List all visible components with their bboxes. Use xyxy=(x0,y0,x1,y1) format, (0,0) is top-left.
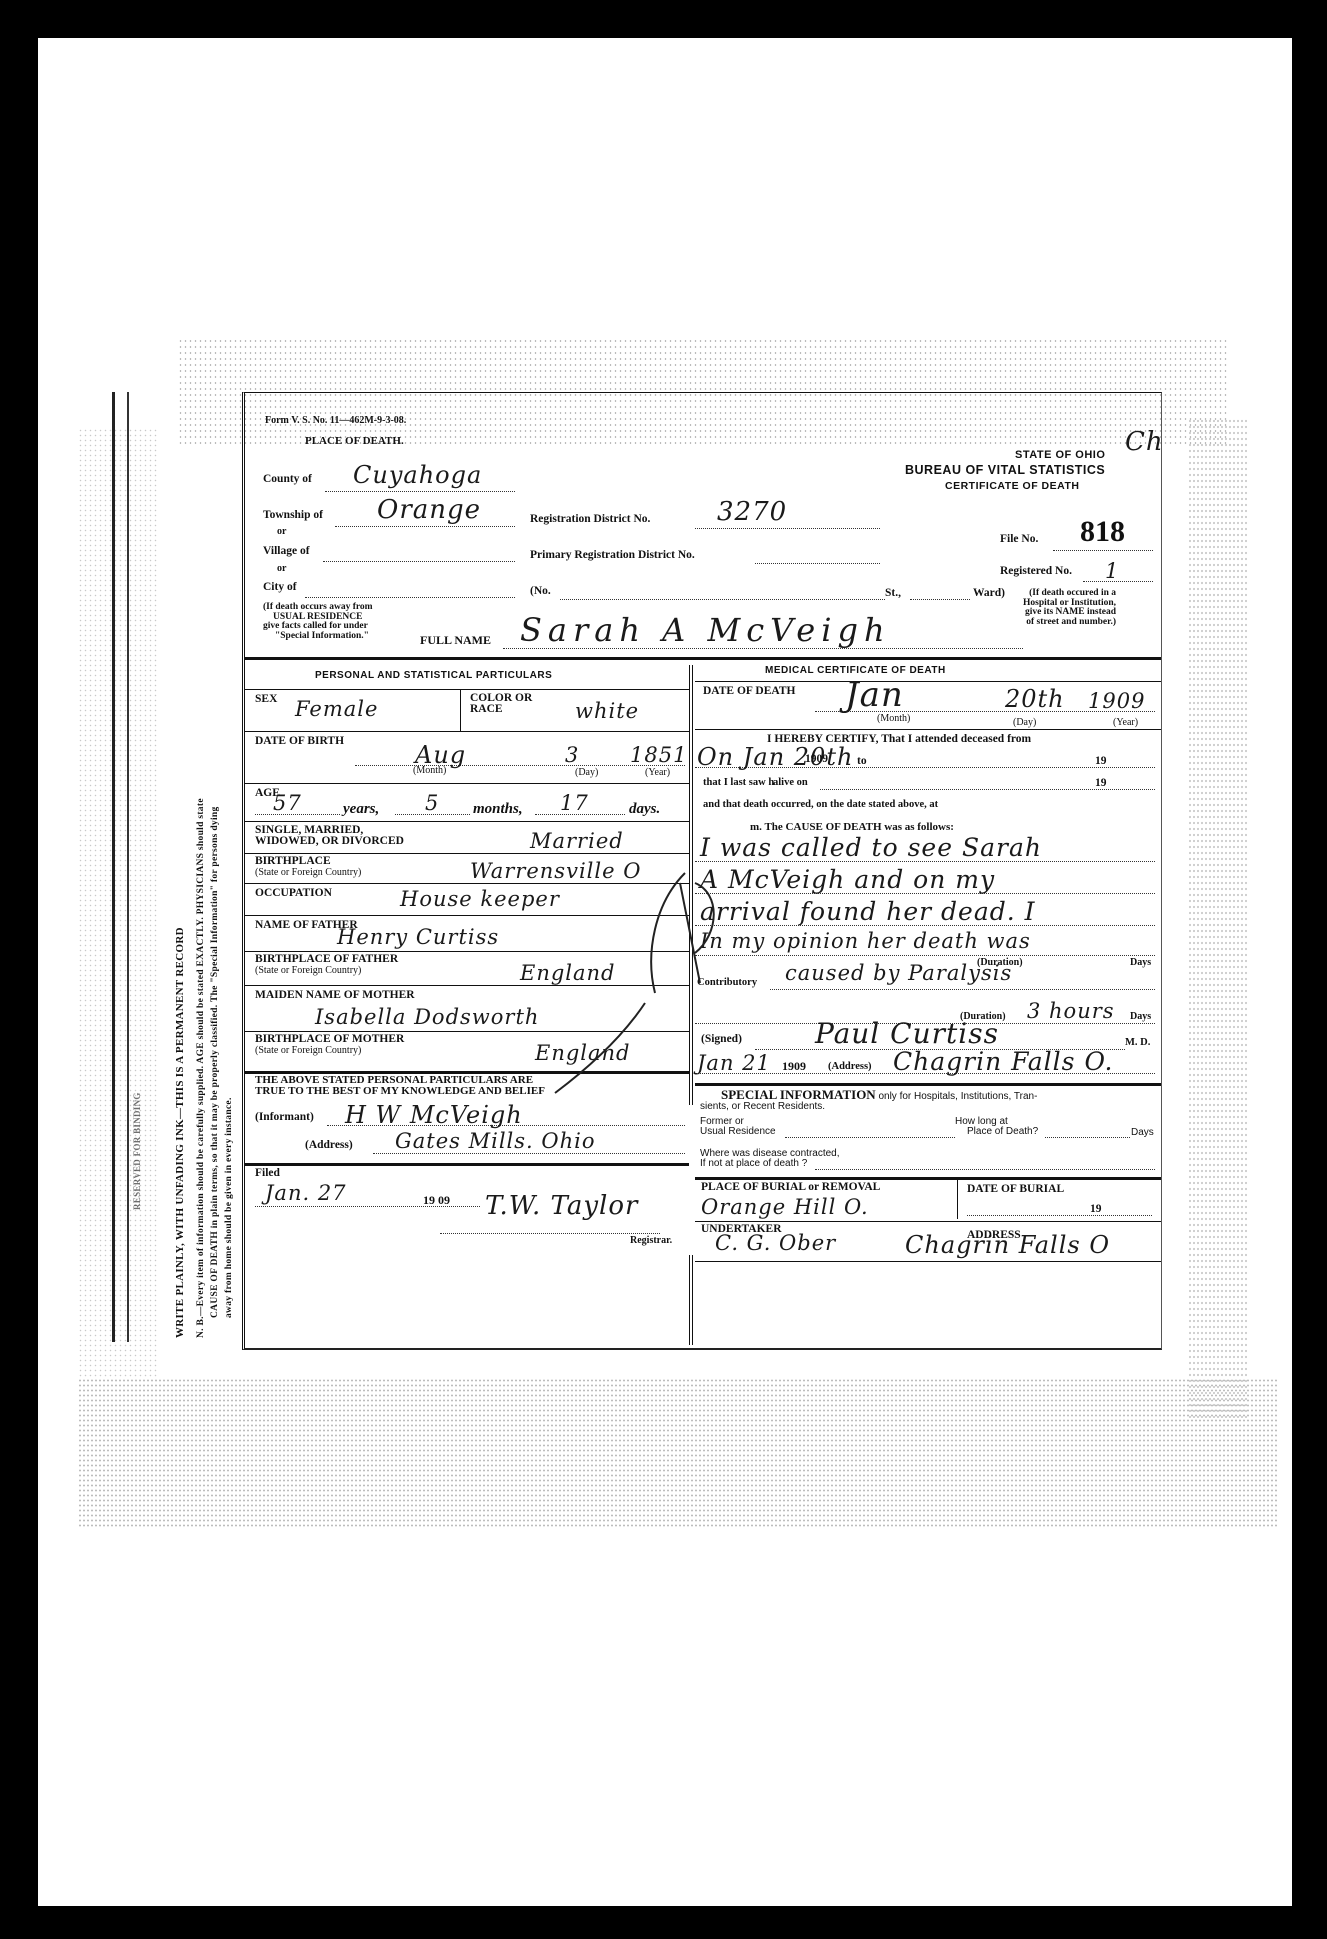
row-line xyxy=(245,731,689,732)
row-line xyxy=(245,689,689,690)
race-value: white xyxy=(575,699,639,723)
registered-no-label: Registered No. xyxy=(1000,565,1072,577)
village-label: Village of xyxy=(263,545,310,557)
city-line xyxy=(305,597,515,598)
mother-birthplace-sub: (State or Foreign Country) xyxy=(255,1045,361,1056)
or-label-2: or xyxy=(277,563,286,574)
alive-on-year: 19 xyxy=(1095,777,1107,789)
row-line xyxy=(695,681,1161,682)
hospital-note: (If death occured in a Hospital or Insti… xyxy=(1023,589,1116,627)
township-value: Orange xyxy=(377,495,481,525)
row-line xyxy=(695,1261,1161,1262)
registrar-signature: T.W. Taylor xyxy=(485,1191,638,1221)
occupation-value: House keeper xyxy=(400,887,560,911)
cause-line xyxy=(695,955,1155,956)
how-long-label: How long at Place of Death? xyxy=(955,1117,1038,1137)
corner-mark: Ch xyxy=(1125,427,1164,457)
or-label-1: or xyxy=(277,526,286,537)
attestation: THE ABOVE STATED PERSONAL PARTICULARS AR… xyxy=(255,1075,545,1097)
note-line: "Special Information." xyxy=(263,632,373,642)
primary-registration-line xyxy=(755,563,880,564)
row-line xyxy=(695,1221,1161,1222)
duration-value: 3 hours xyxy=(1027,999,1115,1023)
filed-date: Jan. 27 xyxy=(265,1181,347,1205)
state-label: STATE OF OHIO xyxy=(1015,449,1105,461)
label-line: WIDOWED, OR DIVORCED xyxy=(255,836,404,847)
age-months: 5 xyxy=(425,791,439,815)
city-label: City of xyxy=(263,581,297,593)
filed-year: 19 09 xyxy=(423,1193,450,1208)
registration-district-line xyxy=(695,528,880,529)
cause-label: m. The CAUSE OF DEATH was as follows: xyxy=(750,821,954,833)
physician-signature: Paul Curtiss xyxy=(815,1017,999,1050)
cause-line-4: In my opinion her death was xyxy=(700,929,1031,953)
burial-date-year: 19 xyxy=(1090,1203,1102,1215)
row-line xyxy=(245,853,689,854)
registered-no-value: 1 xyxy=(1105,559,1119,583)
divider xyxy=(245,657,1161,660)
label-line: If not at place of death ? xyxy=(700,1159,840,1169)
dob-day: 3 xyxy=(565,743,579,767)
undertaker-address-value: Chagrin Falls O xyxy=(905,1231,1110,1259)
days-word: days. xyxy=(629,801,660,818)
burial-date-line xyxy=(967,1215,1152,1216)
former-residence-line xyxy=(785,1137,955,1138)
cause-line-2: A McVeigh and on my xyxy=(700,865,995,894)
file-no-label: File No. xyxy=(1000,533,1038,545)
nb-note-line1: N. B.—Every item of information should b… xyxy=(196,798,206,1338)
primary-registration-label: Primary Registration District No. xyxy=(530,549,695,561)
dob-label: DATE OF BIRTH xyxy=(255,735,344,747)
informant-address-label: (Address) xyxy=(305,1139,353,1151)
father-birthplace-label: BIRTHPLACE OF FATHER xyxy=(255,953,398,965)
label-line: Place of Death? xyxy=(955,1127,1038,1137)
township-label: Township of xyxy=(263,509,323,521)
father-value: Henry Curtiss xyxy=(337,925,499,949)
date-of-death-label: DATE OF DEATH xyxy=(703,685,795,697)
mother-birthplace-label: BIRTHPLACE OF MOTHER xyxy=(255,1033,404,1045)
birthplace-sub: (State or Foreign Country) xyxy=(255,867,361,878)
pencil-mark xyxy=(545,863,725,1103)
contracted-line xyxy=(815,1169,1155,1170)
row-line xyxy=(245,783,689,784)
to-label: to xyxy=(857,755,867,767)
file-no-line xyxy=(1053,550,1153,551)
contracted-label: Where was disease contracted, If not at … xyxy=(700,1149,840,1169)
occurred-text: and that death occurred, on the date sta… xyxy=(703,799,938,810)
death-month: Jan xyxy=(845,675,904,715)
special-heading-rest: only for Hospitals, Institutions, Tran- xyxy=(878,1091,1037,1102)
dob-year-caption: (Year) xyxy=(645,767,670,778)
cause-line-3: arrival found her dead. I xyxy=(700,897,1036,926)
alive-on-line xyxy=(820,789,1155,790)
undertaker-value: C. G. Ober xyxy=(715,1231,836,1255)
street-line xyxy=(560,599,885,600)
row-line xyxy=(245,821,689,822)
registration-district-value: 3270 xyxy=(717,497,787,527)
section-divider xyxy=(245,1163,689,1166)
md-label: M. D. xyxy=(1125,1037,1150,1048)
village-line xyxy=(323,561,515,562)
personal-heading: PERSONAL AND STATISTICAL PARTICULARS xyxy=(315,670,552,681)
county-label: County of xyxy=(263,473,312,485)
duration-days-label: Days xyxy=(1130,957,1151,968)
informant-address-line xyxy=(373,1153,685,1154)
certificate-title: CERTIFICATE OF DEATH xyxy=(945,480,1079,492)
attest-line: TRUE TO THE BEST OF MY KNOWLEDGE AND BEL… xyxy=(255,1086,545,1097)
burial-date-label: DATE OF BURIAL xyxy=(967,1183,1064,1195)
death-year: 1909 xyxy=(1088,689,1145,713)
informant-value: H W McVeigh xyxy=(345,1101,523,1129)
attended-to-year: 19 xyxy=(1095,755,1107,767)
mother-value: Isabella Dodsworth xyxy=(315,1005,539,1029)
age-days: 17 xyxy=(560,791,589,815)
form-number: Form V. S. No. 11—462M-9-3-08. xyxy=(265,415,406,426)
marital-value: Married xyxy=(530,829,624,853)
permanent-record-note: WRITE PLAINLY, WITH UNFADING INK—THIS IS… xyxy=(174,927,186,1338)
county-line xyxy=(325,491,515,492)
nb-note-line2: CAUSE OF DEATH in plain terms, so that i… xyxy=(210,806,220,1318)
scan-noise-bottom xyxy=(78,1378,1278,1528)
how-long-line xyxy=(1045,1137,1130,1138)
dob-day-caption: (Day) xyxy=(575,767,598,778)
ward-label: Ward) xyxy=(973,587,1005,599)
place-of-death-heading: PLACE OF DEATH. xyxy=(305,435,404,447)
occupation-label: OCCUPATION xyxy=(255,887,332,899)
special-heading-text: SPECIAL INFORMATION xyxy=(721,1087,876,1102)
label-line: Usual Residence xyxy=(700,1127,776,1137)
death-day: 20th xyxy=(1005,685,1065,713)
cause-line-1: I was called to see Sarah xyxy=(700,833,1042,862)
column-divider-lower xyxy=(689,1255,693,1345)
filed-label: Filed xyxy=(255,1167,280,1179)
note-line: of street and number.) xyxy=(1023,618,1116,628)
registration-district-label: Registration District No. xyxy=(530,513,650,525)
full-name-value: Sarah A McVeigh xyxy=(520,611,891,649)
contributory-line xyxy=(770,989,1155,990)
label-line: RACE xyxy=(470,704,532,715)
how-long-days-label: Days xyxy=(1131,1127,1154,1138)
row-line xyxy=(695,729,1161,730)
county-value: Cuyahoga xyxy=(353,461,482,489)
marital-label: SINGLE, MARRIED, WIDOWED, OR DIVORCED xyxy=(255,825,404,847)
attended-year: 1909 xyxy=(805,753,828,765)
duration-days-label-2: Days xyxy=(1130,1011,1151,1022)
former-residence-label: Former or Usual Residence xyxy=(700,1117,776,1137)
age-years: 57 xyxy=(273,791,302,815)
alive-on-label: alive on xyxy=(773,777,808,788)
death-year-caption: (Year) xyxy=(1113,717,1138,728)
township-line xyxy=(335,526,515,527)
cell-divider xyxy=(460,689,461,731)
attended-from: On Jan 20th xyxy=(697,743,853,771)
street-no-label: (No. xyxy=(530,585,551,597)
birthplace-label: BIRTHPLACE xyxy=(255,855,331,867)
full-name-label: FULL NAME xyxy=(420,633,491,648)
months-word: months, xyxy=(473,801,523,818)
nb-note-line3: away from home should be given in every … xyxy=(224,1097,234,1318)
file-no-value: 818 xyxy=(1080,515,1125,549)
race-label: COLOR OR RACE xyxy=(470,693,532,715)
contributory-value: caused by Paralysis xyxy=(785,961,1012,985)
informant-address-value: Gates Mills. Ohio xyxy=(395,1129,596,1153)
section-divider xyxy=(695,1083,1161,1086)
death-day-caption: (Day) xyxy=(1013,717,1036,728)
sex-label: SEX xyxy=(255,693,277,705)
scan-noise-right xyxy=(1188,418,1248,1418)
dob-year: 1851 xyxy=(630,743,687,767)
death-certificate: Form V. S. No. 11—462M-9-3-08. PLACE OF … xyxy=(242,392,1162,1350)
registrar-line xyxy=(440,1233,660,1234)
last-saw-label: that I last saw h xyxy=(703,777,774,788)
physician-address-value: Chagrin Falls O. xyxy=(893,1047,1113,1076)
signed-year: 1909 xyxy=(782,1059,806,1074)
section-divider xyxy=(695,1177,1161,1180)
informant-label: (Informant) xyxy=(255,1111,314,1123)
ward-line xyxy=(910,599,970,600)
usual-residence-note: (If death occurs away from USUAL RESIDEN… xyxy=(263,603,373,641)
years-word: years, xyxy=(343,801,379,818)
burial-place-label: PLACE OF BURIAL or REMOVAL xyxy=(701,1181,880,1193)
burial-place-value: Orange Hill O. xyxy=(701,1195,869,1219)
dob-month-caption: (Month) xyxy=(413,765,446,776)
binding-text: RESERVED FOR BINDING xyxy=(132,1092,142,1210)
st-label: St., xyxy=(885,587,901,599)
father-birthplace-sub: (State or Foreign Country) xyxy=(255,965,361,976)
cell-divider xyxy=(957,1177,958,1219)
sex-value: Female xyxy=(295,697,378,721)
mother-label: MAIDEN NAME OF MOTHER xyxy=(255,989,415,1001)
registrar-label: Registrar. xyxy=(630,1235,672,1246)
bureau-label: BUREAU OF VITAL STATISTICS xyxy=(905,463,1105,477)
physician-address-label: (Address) xyxy=(828,1061,872,1072)
death-month-caption: (Month) xyxy=(877,713,910,724)
